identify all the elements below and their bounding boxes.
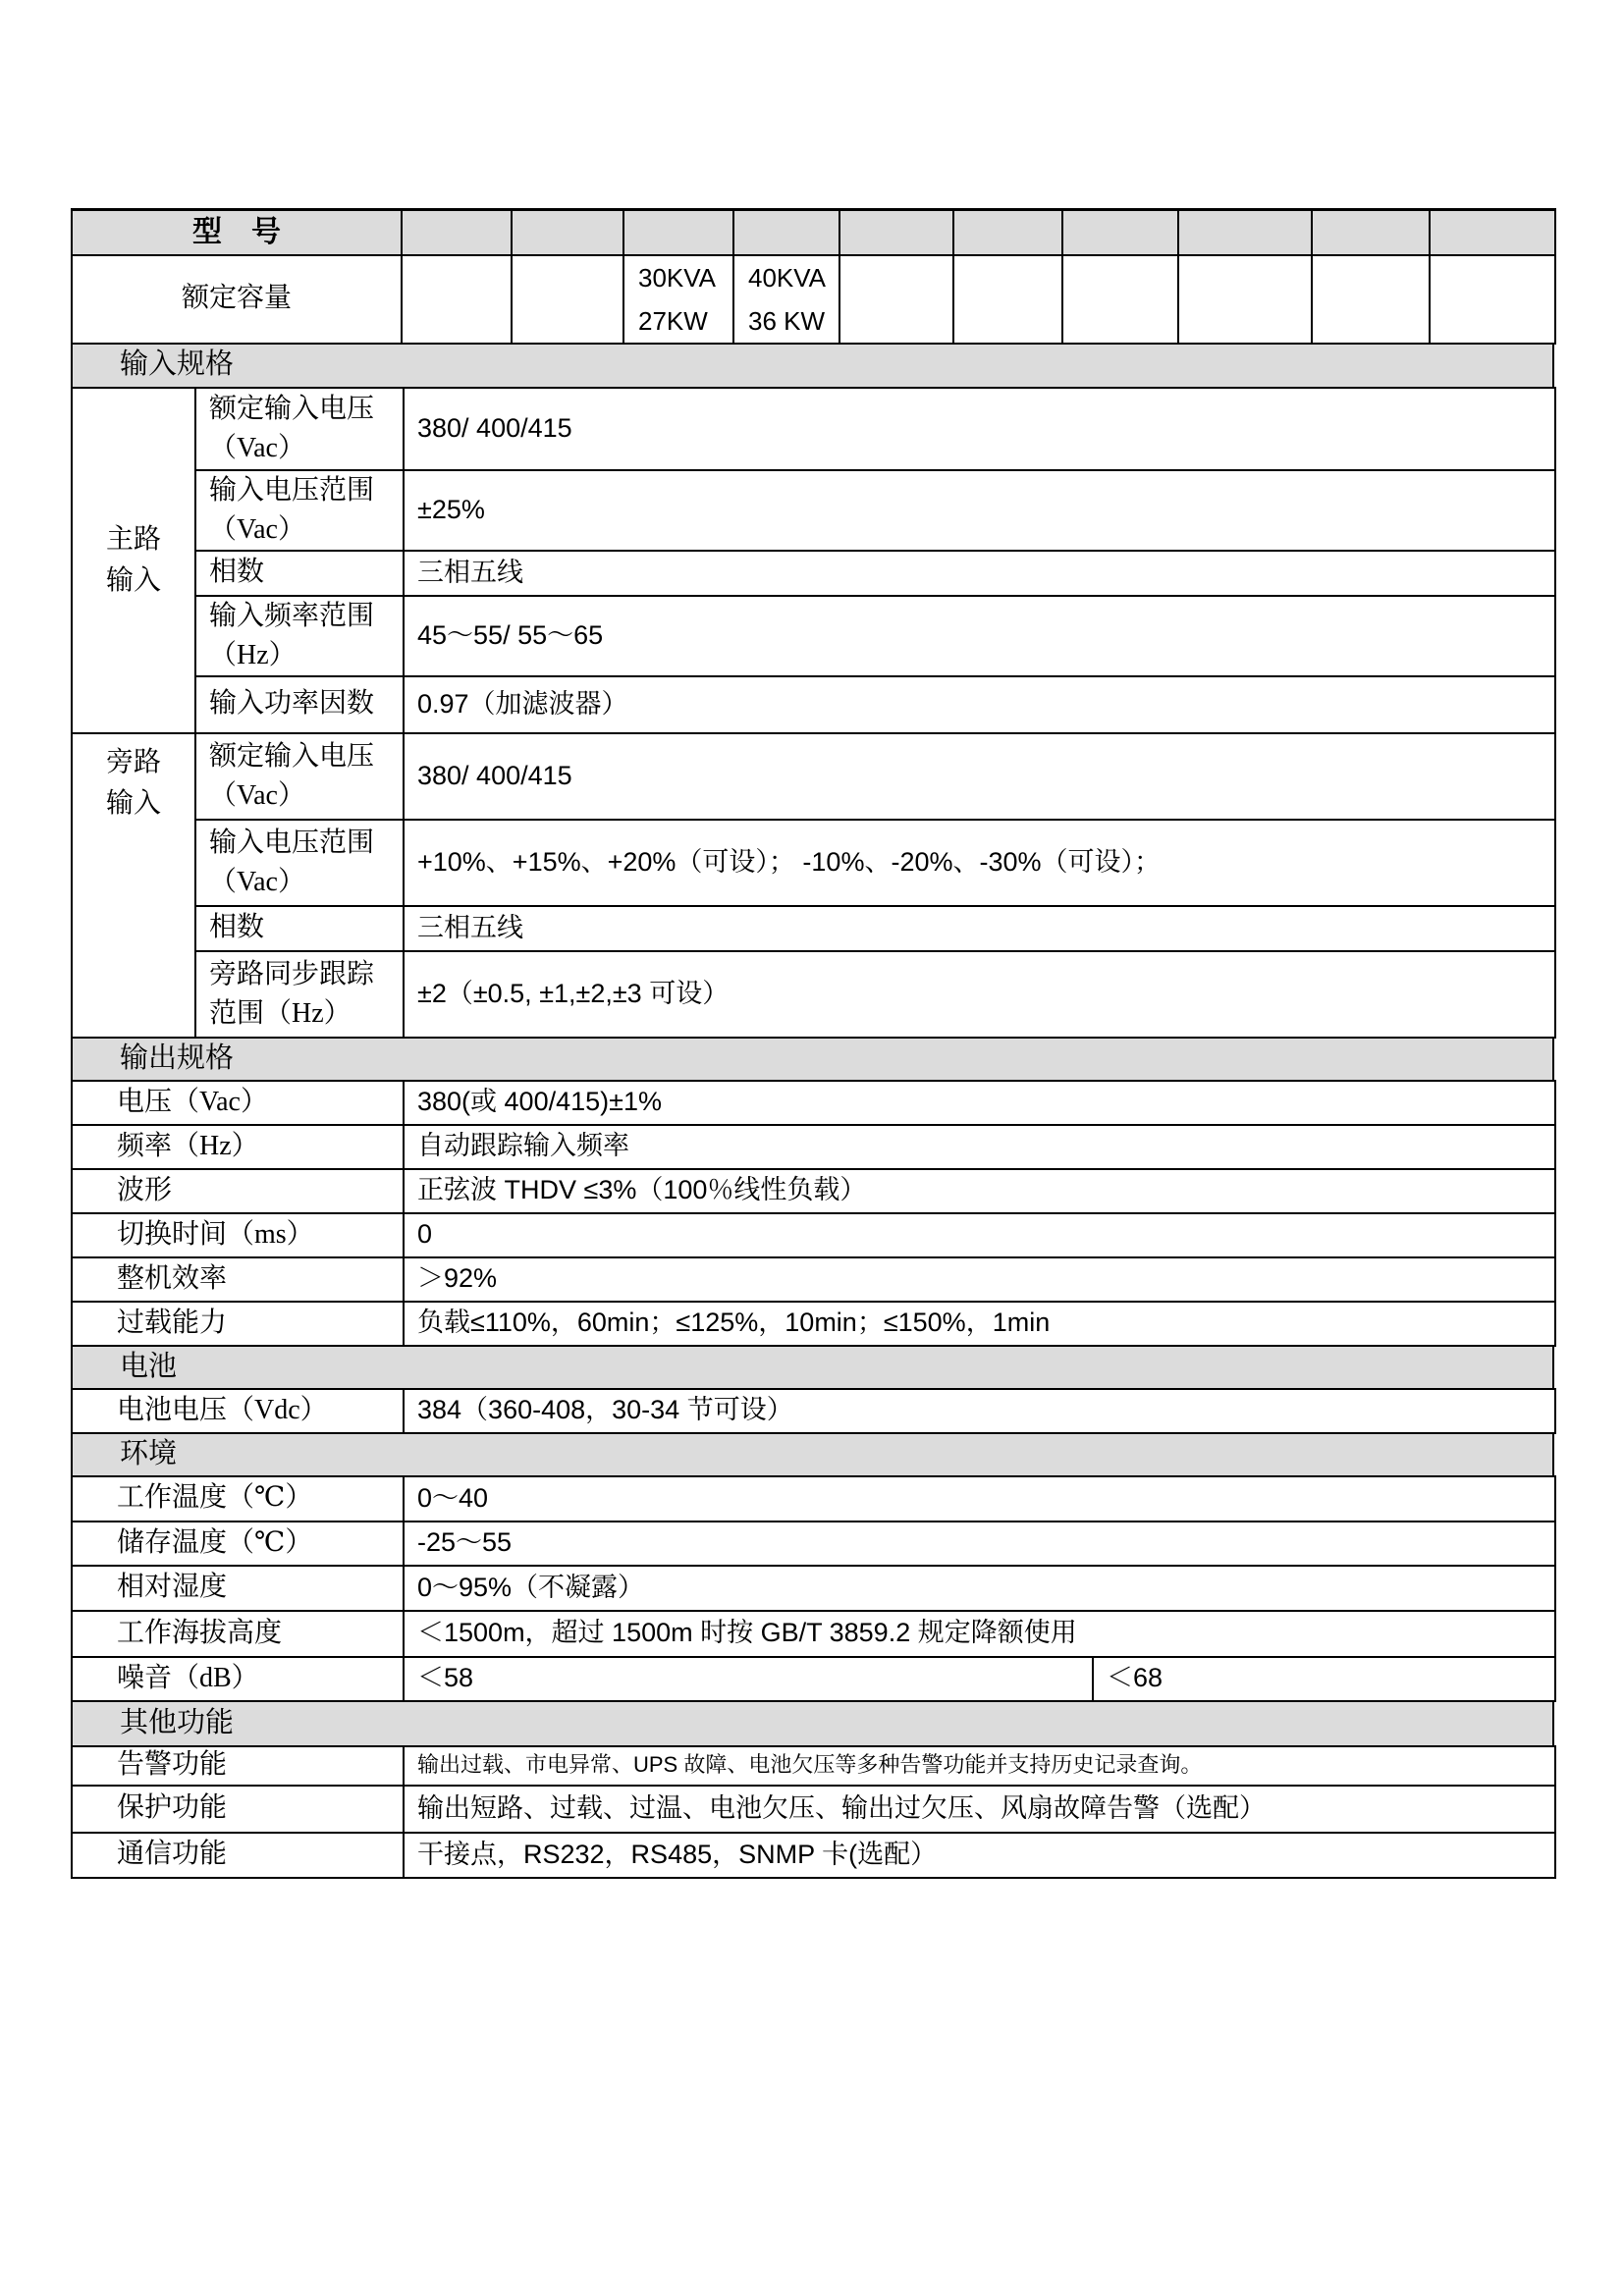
row-label: 相数 [195, 906, 404, 951]
section-title-environment: 环境 [72, 1433, 1553, 1476]
row-value: ＞92% [404, 1257, 1555, 1302]
capacity-cell-empty [402, 255, 512, 344]
model-cell-empty [1430, 210, 1555, 255]
row-value: 输出短路、过载、过温、电池欠压、输出过欠压、风扇故障告警（选配） [404, 1786, 1555, 1833]
environment-spec-table: 工作温度（℃） 0～40 储存温度（℃） -25～55 相对湿度 0～95%（不… [71, 1475, 1556, 1702]
other-section-band: 其他功能 [71, 1700, 1554, 1747]
row-value: 0.97（加滤波器） [404, 676, 1555, 733]
environment-section-band: 环境 [71, 1432, 1554, 1477]
row-label: 相对湿度 [72, 1566, 404, 1611]
row-label: 波形 [72, 1169, 404, 1213]
document-page: 型 号 额定容量 30KVA 27KW [0, 0, 1624, 2296]
row-value: 45～55/ 55～65 [404, 596, 1555, 676]
noise-value-left: ＜58 [404, 1657, 1093, 1701]
label-line1: 额定输入电压 [209, 390, 403, 429]
model-row-label: 型 号 [72, 210, 402, 255]
row-label: 额定输入电压 （Vac） [195, 733, 404, 820]
capacity-cell-empty [839, 255, 953, 344]
section-title-battery: 电池 [72, 1346, 1553, 1389]
row-value: 0 [404, 1213, 1555, 1257]
capacity-kw: 36 KW [748, 299, 839, 343]
group-main-line1: 主路 [73, 519, 194, 561]
capacity-cell-40kva: 40KVA 36 KW [733, 255, 839, 344]
capacity-cell-empty [1430, 255, 1555, 344]
capacity-cell-empty [1062, 255, 1178, 344]
model-cell-empty [623, 210, 733, 255]
row-label: 工作温度（℃） [72, 1476, 404, 1522]
label-line1: 旁路同步跟踪 [209, 955, 403, 994]
model-cell-empty [1062, 210, 1178, 255]
capacity-kva: 30KVA [638, 256, 732, 299]
capacity-cell-empty [1312, 255, 1430, 344]
label-line2: 范围（Hz） [209, 994, 403, 1034]
label-line1: 输入电压范围 [209, 471, 403, 510]
capacity-cell-empty [953, 255, 1062, 344]
label-line2: （Vac） [209, 429, 403, 468]
group-bypass-line2: 输入 [73, 783, 194, 825]
output-section-band: 输出规格 [71, 1037, 1554, 1082]
row-value: 380/ 400/415 [404, 733, 1555, 820]
input-spec-table: 主路 输入 额定输入电压 （Vac） 380/ 400/415 输入电压范围 （… [71, 387, 1556, 1039]
group-bypass-line1: 旁路 [73, 742, 194, 783]
row-label: 切换时间（ms） [72, 1213, 404, 1257]
capacity-kva: 40KVA [748, 256, 839, 299]
input-section-band: 输入规格 [71, 343, 1554, 389]
noise-value-right: ＜68 [1093, 1657, 1555, 1701]
model-cell-empty [733, 210, 839, 255]
section-title-output: 输出规格 [72, 1038, 1553, 1081]
row-label: 输入功率因数 [195, 676, 404, 733]
label-line2: （Vac） [209, 863, 403, 902]
other-spec-table: 告警功能 输出过载、市电异常、UPS 故障、电池欠压等多种告警功能并支持历史记录… [71, 1745, 1556, 1879]
model-cell-empty [402, 210, 512, 255]
section-title-other: 其他功能 [72, 1701, 1553, 1746]
row-label: 工作海拔高度 [72, 1611, 404, 1657]
group-main-line2: 输入 [73, 561, 194, 602]
row-label: 告警功能 [72, 1746, 404, 1786]
row-value: 输出过载、市电异常、UPS 故障、电池欠压等多种告警功能并支持历史记录查询。 [404, 1746, 1555, 1786]
group-bypass-input: 旁路 输入 [72, 733, 195, 1038]
row-value: +10%、+15%、+20%（可设）； -10%、-20%、-30%（可设）； [404, 820, 1555, 906]
row-label: 电压（Vac） [72, 1081, 404, 1125]
row-label: 电池电压（Vdc） [72, 1389, 404, 1433]
label-line1: 输入频率范围 [209, 597, 403, 636]
row-label: 输入电压范围 （Vac） [195, 820, 404, 906]
row-label: 保护功能 [72, 1786, 404, 1833]
row-value: 干接点，RS232，RS485，SNMP 卡(选配） [404, 1833, 1555, 1878]
group-main-input: 主路 输入 [72, 388, 195, 733]
row-value: ±25% [404, 470, 1555, 551]
model-capacity-table: 型 号 额定容量 30KVA 27KW [71, 208, 1556, 345]
row-label: 储存温度（℃） [72, 1522, 404, 1566]
row-label: 过载能力 [72, 1302, 404, 1346]
row-label: 额定输入电压 （Vac） [195, 388, 404, 470]
row-label: 相数 [195, 551, 404, 596]
battery-spec-table: 电池电压（Vdc） 384（360-408，30-34 节可设） [71, 1388, 1556, 1434]
capacity-cell-30kva: 30KVA 27KW [623, 255, 733, 344]
battery-section-band: 电池 [71, 1345, 1554, 1390]
row-label: 通信功能 [72, 1833, 404, 1878]
row-label: 整机效率 [72, 1257, 404, 1302]
label-line2: （Vac） [209, 776, 403, 816]
model-cell-empty [512, 210, 623, 255]
capacity-row-label: 额定容量 [72, 255, 402, 344]
label-line2: （Vac） [209, 510, 403, 550]
row-label: 输入频率范围 （Hz） [195, 596, 404, 676]
model-cell-empty [1178, 210, 1312, 255]
row-value: 负载≤110%，60min；≤125%，10min；≤150%，1min [404, 1302, 1555, 1346]
model-cell-empty [1312, 210, 1430, 255]
row-value: 380/ 400/415 [404, 388, 1555, 470]
capacity-cell-empty [512, 255, 623, 344]
row-label: 频率（Hz） [72, 1125, 404, 1169]
row-value: -25～55 [404, 1522, 1555, 1566]
row-value: 384（360-408，30-34 节可设） [404, 1389, 1555, 1433]
capacity-cell-empty [1178, 255, 1312, 344]
row-label: 噪音（dB） [72, 1657, 404, 1701]
label-line1: 额定输入电压 [209, 737, 403, 776]
output-spec-table: 电压（Vac） 380(或 400/415)±1% 频率（Hz） 自动跟踪输入频… [71, 1080, 1556, 1347]
row-value: ＜1500m，超过 1500m 时按 GB/T 3859.2 规定降额使用 [404, 1611, 1555, 1657]
model-cell-empty [953, 210, 1062, 255]
spec-table: 型 号 额定容量 30KVA 27KW [71, 208, 1554, 1879]
model-cell-empty [839, 210, 953, 255]
capacity-kw: 27KW [638, 299, 732, 343]
row-value: ±2（±0.5, ±1,±2,±3 可设） [404, 951, 1555, 1038]
row-value: 三相五线 [404, 551, 1555, 596]
row-label: 旁路同步跟踪 范围（Hz） [195, 951, 404, 1038]
section-title-input: 输入规格 [72, 344, 1553, 388]
row-value: 0～40 [404, 1476, 1555, 1522]
row-value: 0～95%（不凝露） [404, 1566, 1555, 1611]
row-value: 自动跟踪输入频率 [404, 1125, 1555, 1169]
row-value: 正弦波 THDV ≤3%（100％线性负载） [404, 1169, 1555, 1213]
row-value: 380(或 400/415)±1% [404, 1081, 1555, 1125]
label-line1: 输入电压范围 [209, 824, 403, 863]
label-line2: （Hz） [209, 636, 403, 675]
row-value: 三相五线 [404, 906, 1555, 951]
row-label: 输入电压范围 （Vac） [195, 470, 404, 551]
